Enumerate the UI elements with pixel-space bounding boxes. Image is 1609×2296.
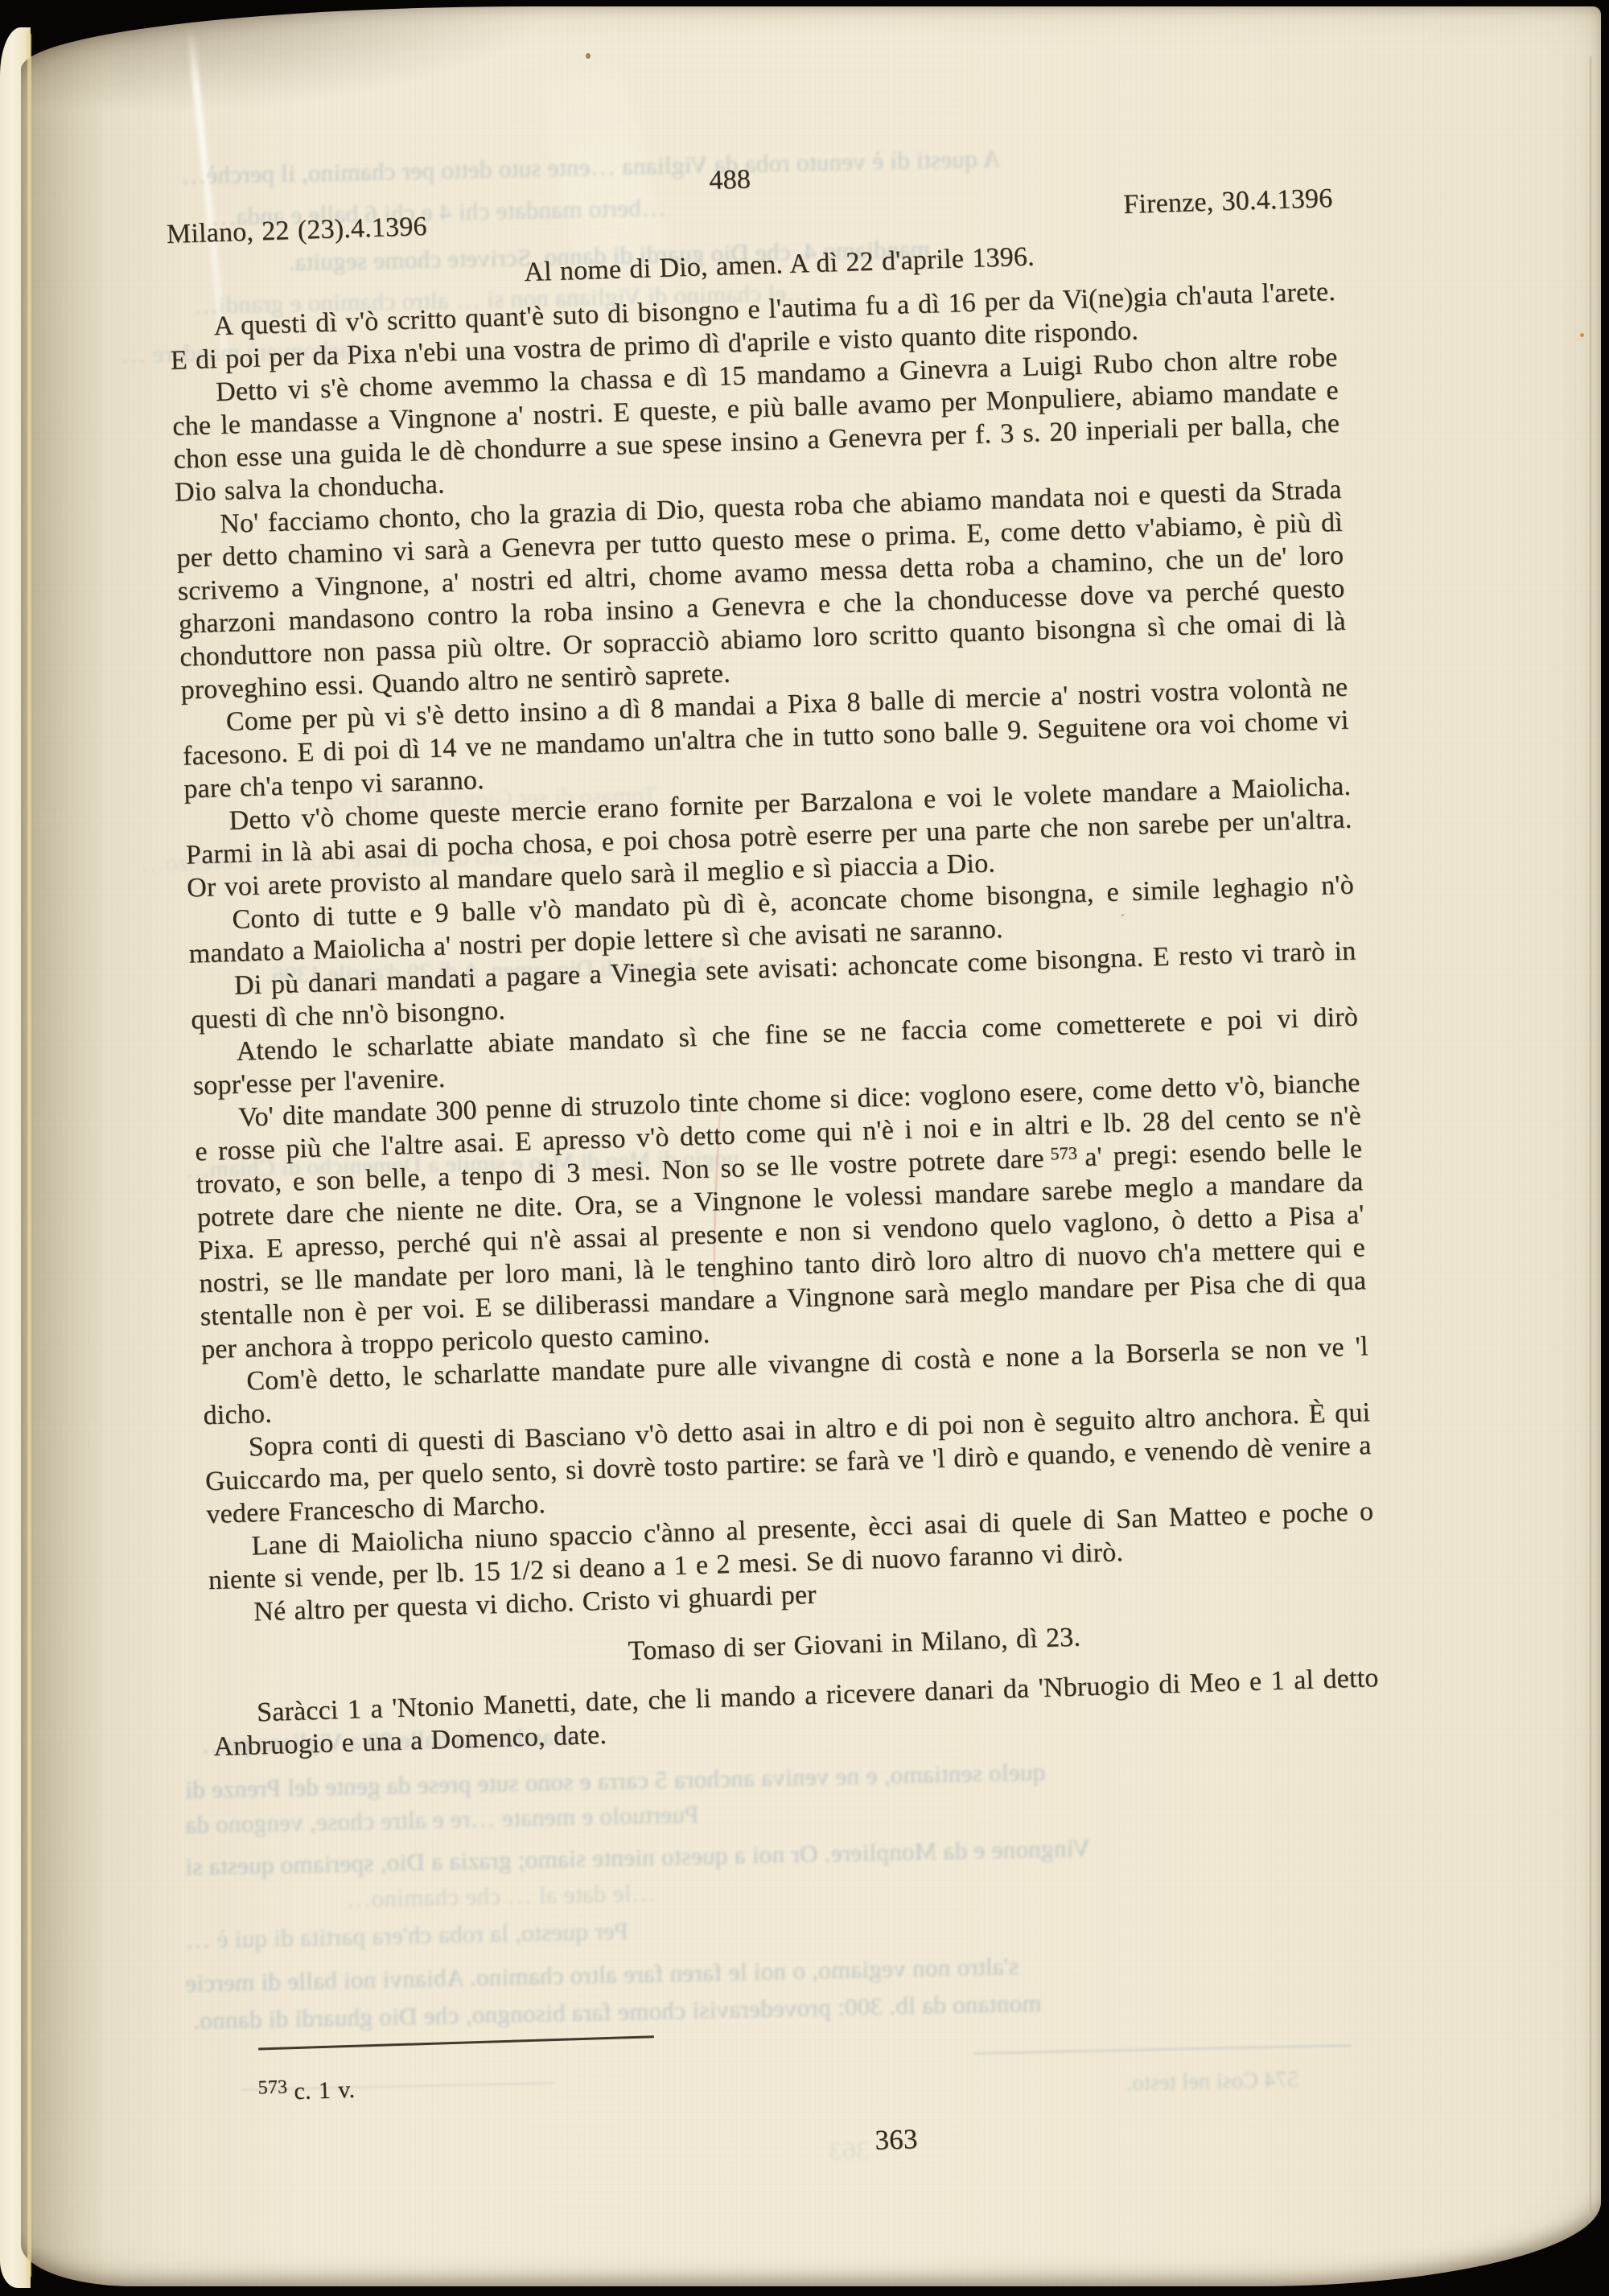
bottom-page-number: 363	[226, 2105, 1480, 2176]
place-date-left: Milano, 22 (23).4.1396	[166, 211, 427, 251]
footnote-rule	[258, 2035, 654, 2050]
footnote-body: c. 1 v.	[294, 2076, 356, 2105]
letter-body: A questi dì v'ò scritto quant'è suto di …	[169, 275, 1376, 1630]
letter-postscript: Saràcci 1 a 'Ntonio Manetti, date, che l…	[212, 1661, 1381, 1763]
right-page-edge	[1590, 56, 1591, 2212]
footnote-text: 573c. 1 v.	[257, 2058, 709, 2109]
footnote-marker: 573	[1050, 1142, 1077, 1163]
body-paragraph: No' facciamo chonto, cho la grazia di Di…	[175, 473, 1348, 707]
body-paragraph: Saràcci 1 a 'Ntonio Manetti, date, che l…	[212, 1661, 1381, 1763]
paper-speck	[586, 53, 591, 59]
place-date-right: Firenze, 30.4.1396	[1123, 183, 1333, 221]
paper-speck	[1580, 333, 1584, 337]
body-paragraph-with-footnote: Vo' dite mandate 300 penne di struzolo t…	[194, 1066, 1368, 1366]
footnote-block: 573c. 1 v.	[257, 2034, 709, 2109]
scanned-book-page: A questi dì è venuto roba da Vigliana …e…	[0, 0, 1609, 2296]
footnote-number: 573	[257, 2076, 287, 2098]
letter-text-block: 488 Milano, 22 (23).4.1396 Firenze, 30.4…	[165, 146, 1395, 2240]
page-edge-seam	[27, 34, 31, 2277]
